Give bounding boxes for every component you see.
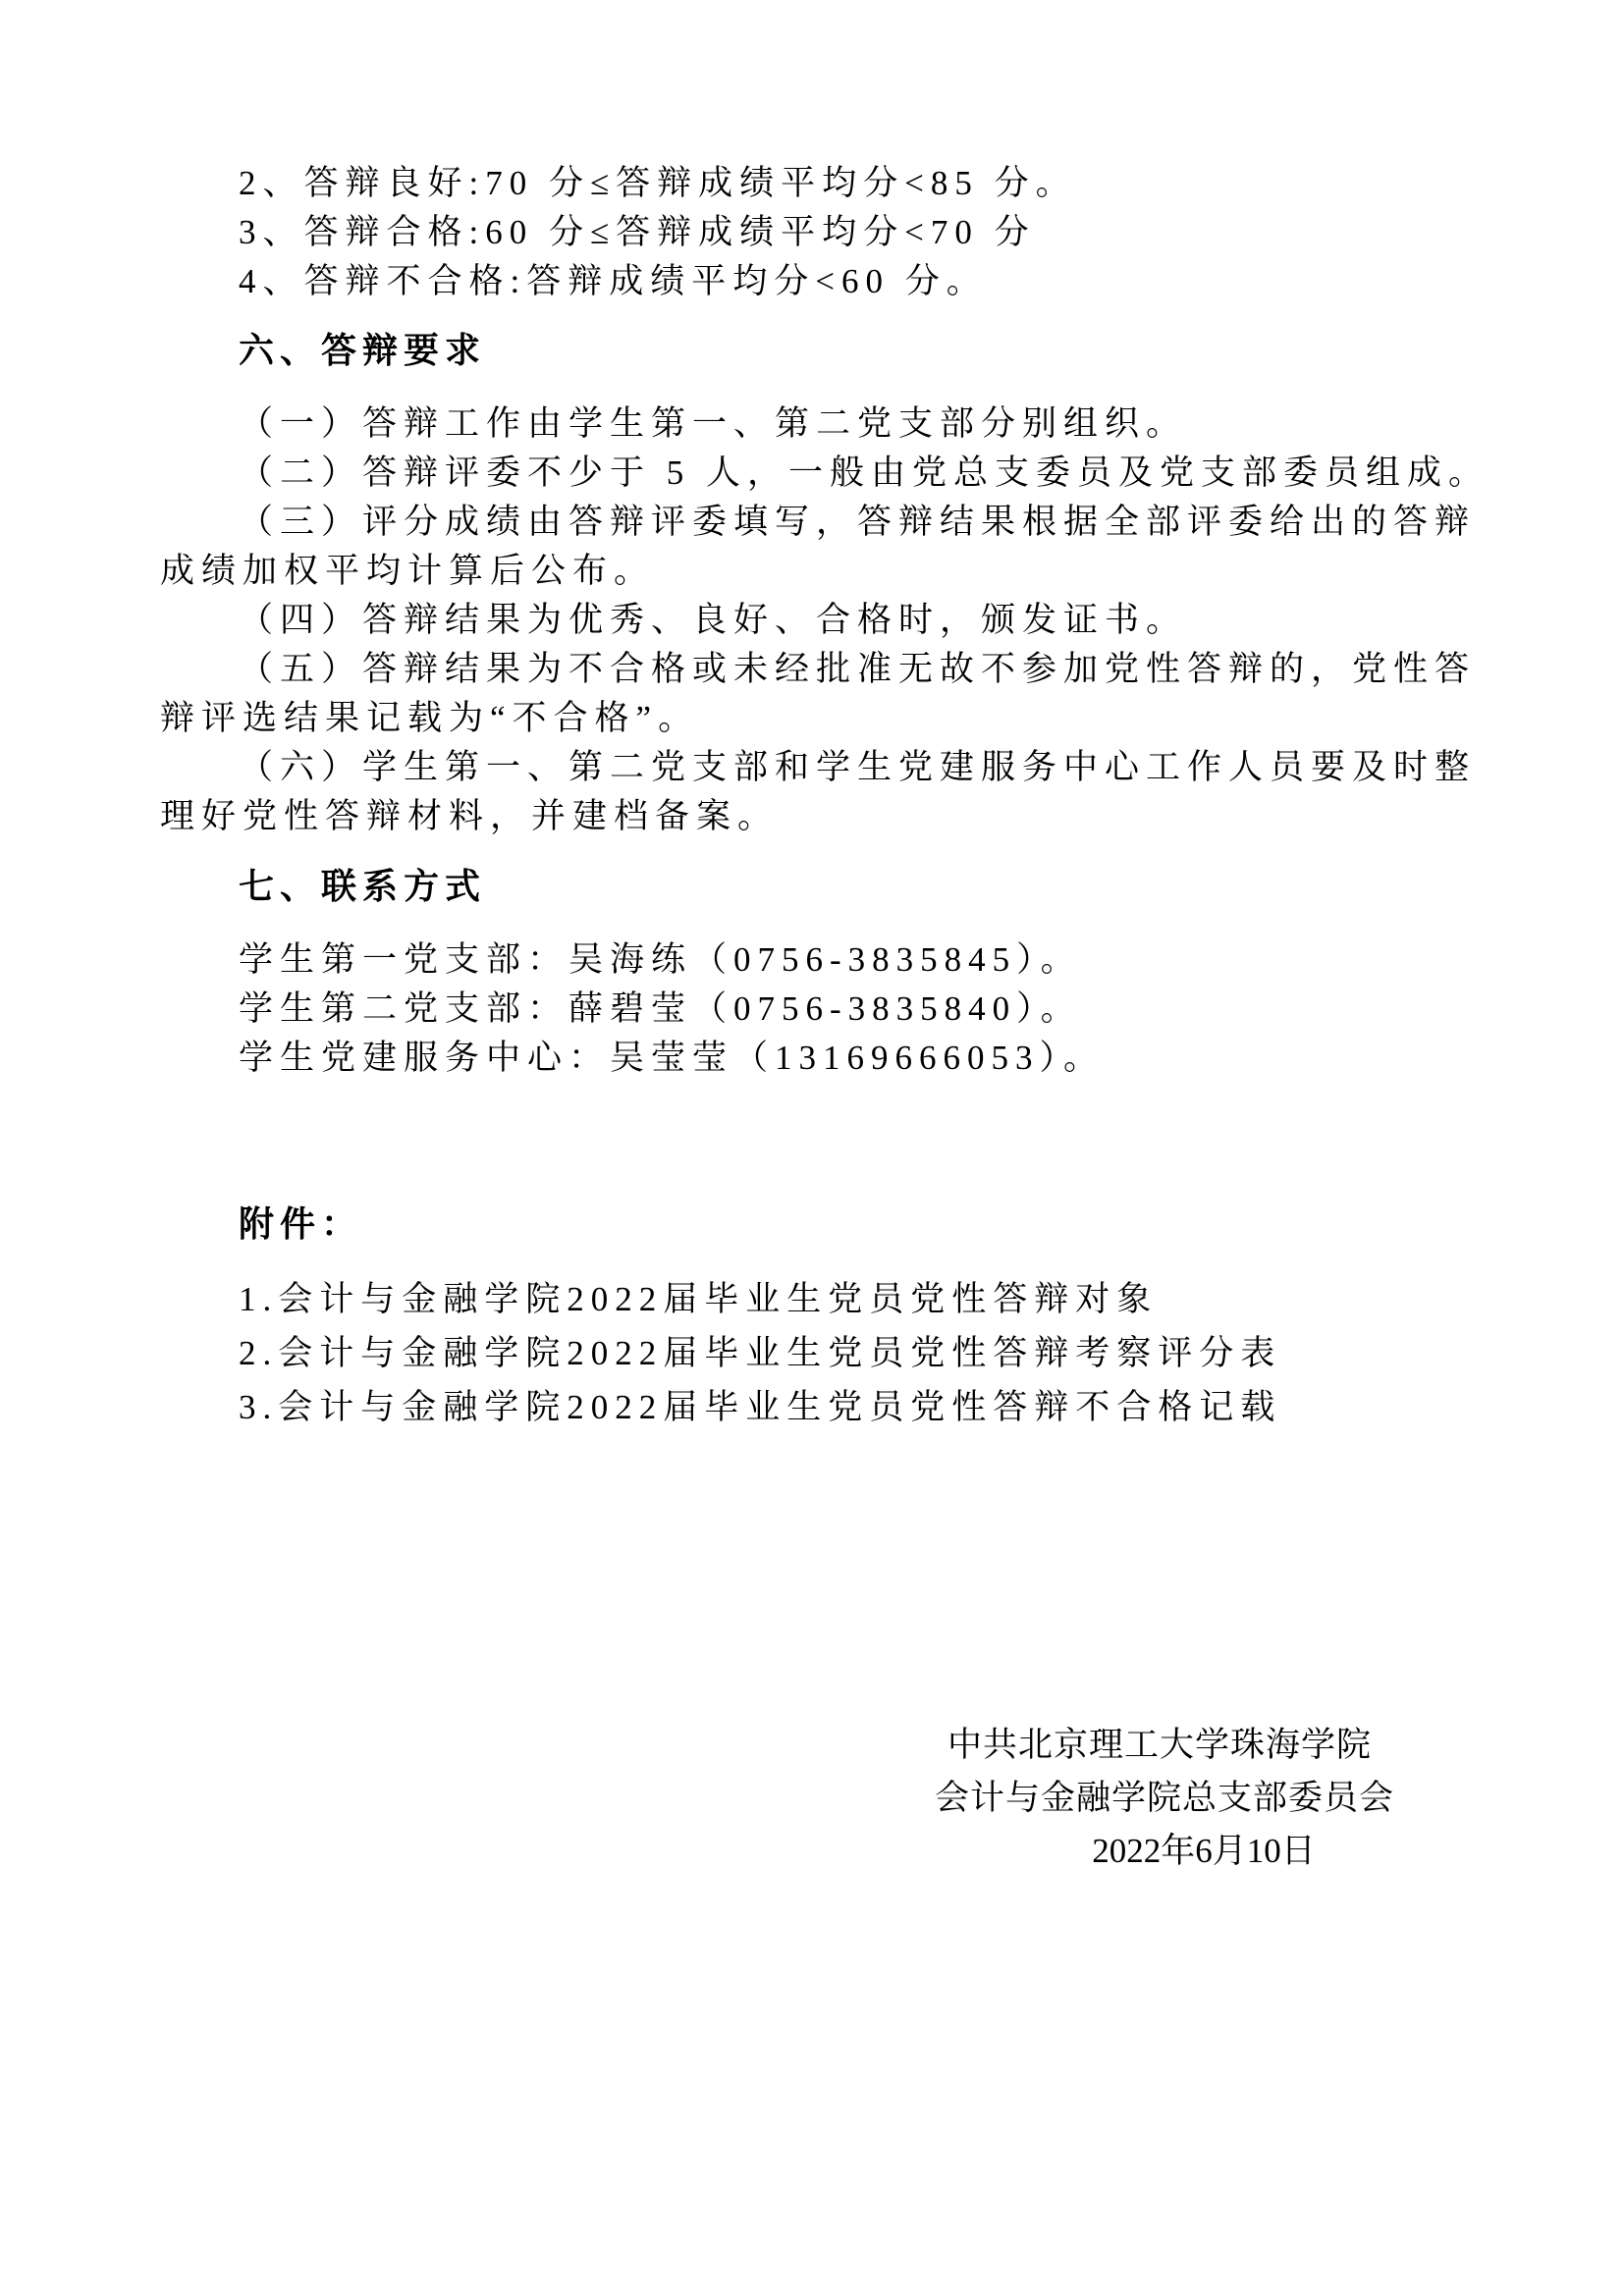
section-six-item-1: （一）答辩工作由学生第一、第二党支部分别组织。 (160, 400, 1495, 449)
signature-block: 中共北京理工大学珠海学院 会计与金融学院总支部委员会 2022年6月10日 (935, 1719, 1384, 1878)
section-seven-heading: 七、联系方式 (160, 862, 1495, 911)
section-six-item-3: （三）评分成绩由答辩评委填写，答辩结果根据全部评委给出的答辩 (160, 498, 1495, 547)
section-six-item-6: （六）学生第一、第二党支部和学生党建服务中心工作人员要及时整 (160, 743, 1495, 792)
contact-second-branch: 学生第二党支部：薛碧莹（0756-3835840）。 (160, 985, 1495, 1034)
section-six-heading: 六、答辩要求 (160, 326, 1495, 375)
contact-service-center: 学生党建服务中心：吴莹莹（13169666053）。 (160, 1034, 1495, 1083)
attachment-item-2: 2.会计与金融学院2022届毕业生党员党性答辩考察评分表 (160, 1326, 1495, 1380)
grading-item-pass: 3、答辩合格:60 分≤答辩成绩平均分<70 分 (160, 208, 1495, 257)
attachments-label: 附件： (160, 1200, 1495, 1249)
signature-org-line-2: 会计与金融学院总支部委员会 (935, 1772, 1384, 1825)
document-body: 2、答辩良好:70 分≤答辩成绩平均分<85 分。 3、答辩合格:60 分≤答辩… (160, 0, 1495, 1878)
section-six-item-2: （二）答辩评委不少于 5 人，一般由党总支委员及党支部委员组成。 (160, 449, 1495, 498)
section-six-item-6-continued: 理好党性答辩材料，并建档备案。 (160, 792, 1495, 841)
attachment-item-3: 3.会计与金融学院2022届毕业生党员党性答辩不合格记载 (160, 1380, 1495, 1434)
signature-org-line-1: 中共北京理工大学珠海学院 (935, 1719, 1384, 1772)
attachment-item-1: 1.会计与金融学院2022届毕业生党员党性答辩对象 (160, 1272, 1495, 1326)
section-six-item-3-continued: 成绩加权平均计算后公布。 (160, 547, 1495, 596)
contact-first-branch: 学生第一党支部：吴海练（0756-3835845）。 (160, 935, 1495, 985)
grading-item-fail: 4、答辩不合格:答辩成绩平均分<60 分。 (160, 257, 1495, 306)
signature-date: 2022年6月10日 (935, 1825, 1384, 1878)
grading-item-good: 2、答辩良好:70 分≤答辩成绩平均分<85 分。 (160, 159, 1495, 208)
section-six-item-5: （五）答辩结果为不合格或未经批准无故不参加党性答辩的，党性答 (160, 645, 1495, 694)
document-page: 2、答辩良好:70 分≤答辩成绩平均分<85 分。 3、答辩合格:60 分≤答辩… (0, 0, 1624, 2296)
section-six-item-4: （四）答辩结果为优秀、良好、合格时，颁发证书。 (160, 596, 1495, 645)
section-six-item-5-continued: 辩评选结果记载为“不合格”。 (160, 694, 1495, 743)
